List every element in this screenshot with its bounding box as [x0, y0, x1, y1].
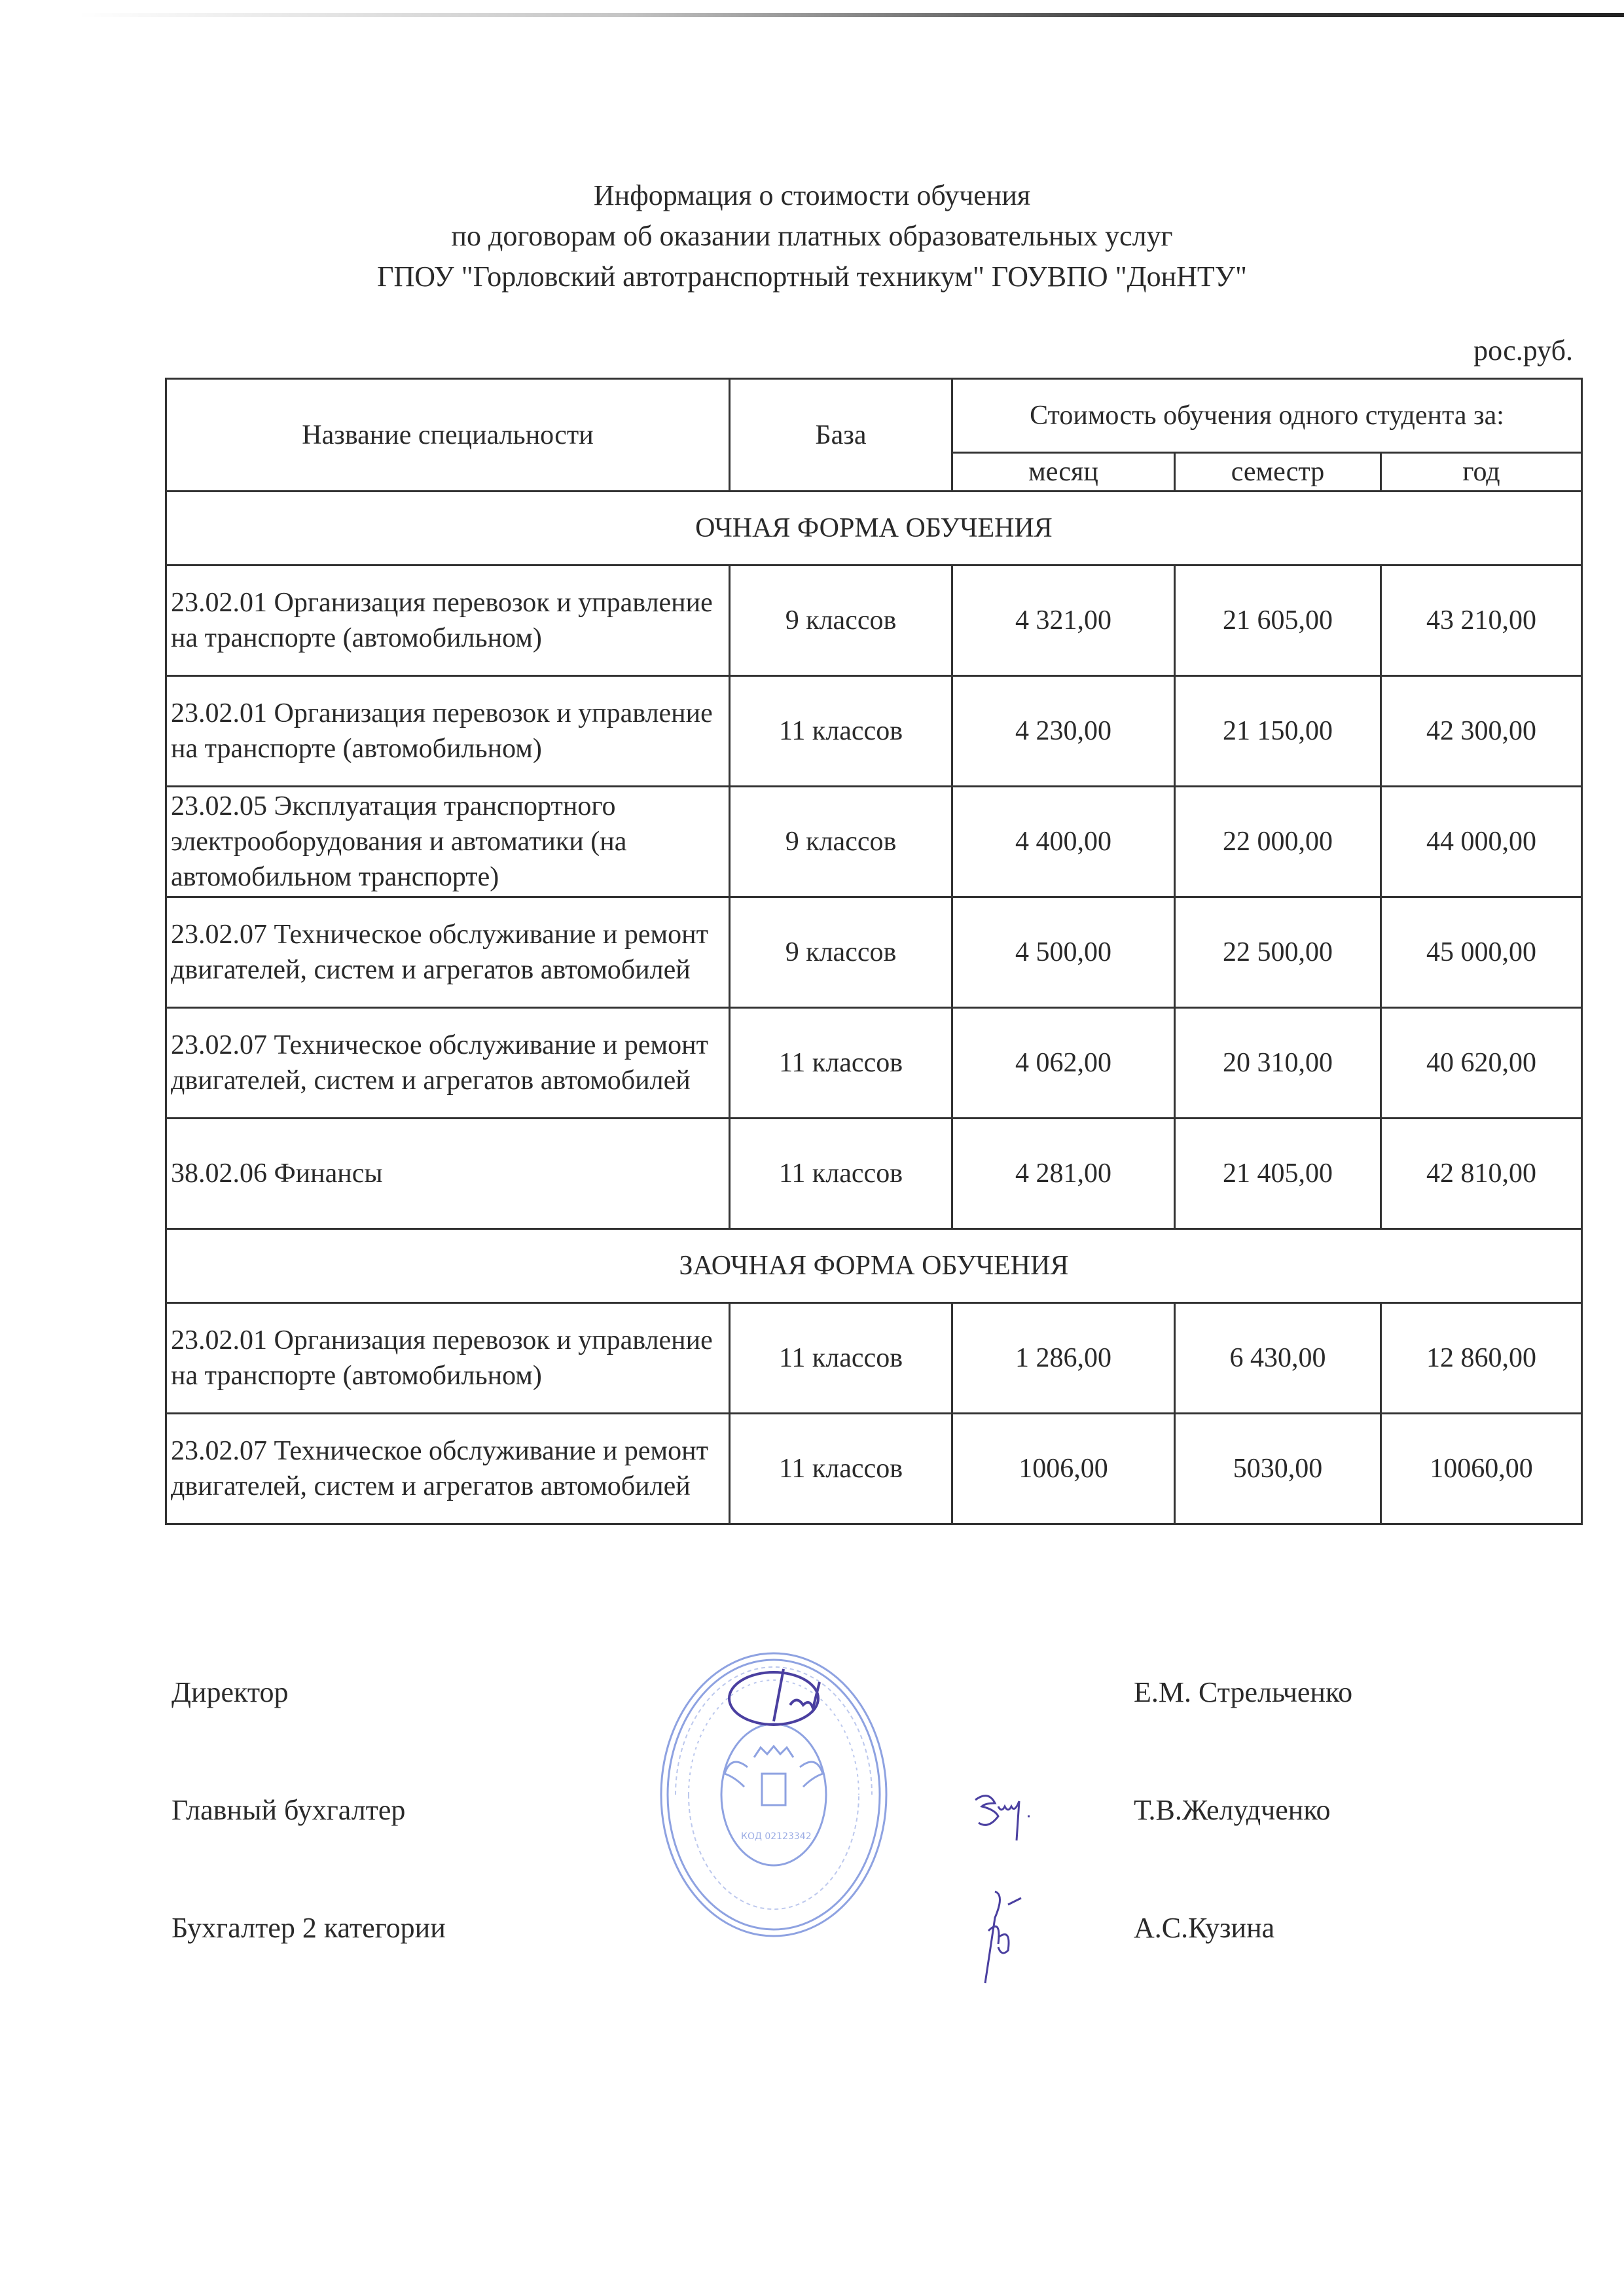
month-cost-cell: 4 062,00: [952, 1008, 1175, 1119]
specialty-name-cell: 23.02.07 Техническое обслуживание и ремо…: [166, 1414, 730, 1524]
header-month: месяц: [952, 453, 1175, 492]
table-row: 23.02.01 Организация перевозок и управле…: [166, 676, 1582, 787]
base-cell: 9 классов: [730, 787, 952, 897]
header-name: Название специальности: [166, 379, 730, 492]
semester-cost-cell: 21 150,00: [1175, 676, 1381, 787]
tuition-price-table: Название специальности База Стоимость об…: [165, 378, 1583, 1525]
base-cell: 9 классов: [730, 565, 952, 676]
signature-row: ДиректорЕ.М. Стрельченко: [171, 1676, 1468, 1793]
base-cell: 9 классов: [730, 897, 952, 1008]
header-semester: семестр: [1175, 453, 1381, 492]
scan-edge-artifact: [79, 13, 1624, 17]
signatory-role: Директор: [171, 1676, 289, 1709]
month-cost-cell: 4 500,00: [952, 897, 1175, 1008]
year-cost-cell: 12 860,00: [1381, 1303, 1582, 1414]
section-title: ЗАОЧНАЯ ФОРМА ОБУЧЕНИЯ: [166, 1229, 1582, 1303]
specialty-name-cell: 23.02.07 Техническое обслуживание и ремо…: [166, 1008, 730, 1119]
base-cell: 11 классов: [730, 1414, 952, 1524]
base-cell: 11 классов: [730, 1119, 952, 1229]
specialty-name-cell: 23.02.01 Организация перевозок и управле…: [166, 1303, 730, 1414]
title-line-3: ГПОУ "Горловский автотранспортный техник…: [0, 257, 1624, 297]
currency-note: рос.руб.: [1473, 334, 1573, 367]
table-row: 23.02.01 Организация перевозок и управле…: [166, 1303, 1582, 1414]
signatory-name: Е.М. Стрельченко: [1134, 1676, 1352, 1709]
signatory-role: Бухгалтер 2 категории: [171, 1911, 446, 1945]
year-cost-cell: 10060,00: [1381, 1414, 1582, 1524]
base-cell: 11 классов: [730, 1303, 952, 1414]
table-row: 23.02.05 Эксплуатация транспортного элек…: [166, 787, 1582, 897]
year-cost-cell: 40 620,00: [1381, 1008, 1582, 1119]
table-row: 23.02.07 Техническое обслуживание и ремо…: [166, 1008, 1582, 1119]
title-line-2: по договорам об оказании платных образов…: [0, 216, 1624, 257]
semester-cost-cell: 22 500,00: [1175, 897, 1381, 1008]
month-cost-cell: 4 281,00: [952, 1119, 1175, 1229]
year-cost-cell: 42 810,00: [1381, 1119, 1582, 1229]
month-cost-cell: 4 400,00: [952, 787, 1175, 897]
base-cell: 11 классов: [730, 676, 952, 787]
table-row: 23.02.07 Техническое обслуживание и ремо…: [166, 897, 1582, 1008]
table-row: 23.02.01 Организация перевозок и управле…: [166, 565, 1582, 676]
year-cost-cell: 44 000,00: [1381, 787, 1582, 897]
month-cost-cell: 1006,00: [952, 1414, 1175, 1524]
section-title: ОЧНАЯ ФОРМА ОБУЧЕНИЯ: [166, 492, 1582, 565]
semester-cost-cell: 20 310,00: [1175, 1008, 1381, 1119]
signature-row: Бухгалтер 2 категорииА.С.Кузина: [171, 1911, 1468, 2029]
signatory-name: А.С.Кузина: [1134, 1911, 1274, 1945]
signatory-role: Главный бухгалтер: [171, 1793, 405, 1827]
signatory-name: Т.В.Желудченко: [1134, 1793, 1330, 1827]
year-cost-cell: 42 300,00: [1381, 676, 1582, 787]
specialty-name-cell: 23.02.05 Эксплуатация транспортного элек…: [166, 787, 730, 897]
month-cost-cell: 1 286,00: [952, 1303, 1175, 1414]
semester-cost-cell: 22 000,00: [1175, 787, 1381, 897]
month-cost-cell: 4 321,00: [952, 565, 1175, 676]
specialty-name-cell: 38.02.06 Финансы: [166, 1119, 730, 1229]
month-cost-cell: 4 230,00: [952, 676, 1175, 787]
specialty-name-cell: 23.02.07 Техническое обслуживание и ремо…: [166, 897, 730, 1008]
semester-cost-cell: 6 430,00: [1175, 1303, 1381, 1414]
section-row: ОЧНАЯ ФОРМА ОБУЧЕНИЯ: [166, 492, 1582, 565]
year-cost-cell: 43 210,00: [1381, 565, 1582, 676]
table-row: 23.02.07 Техническое обслуживание и ремо…: [166, 1414, 1582, 1524]
header-year: год: [1381, 453, 1582, 492]
semester-cost-cell: 5030,00: [1175, 1414, 1381, 1524]
semester-cost-cell: 21 605,00: [1175, 565, 1381, 676]
specialty-name-cell: 23.02.01 Организация перевозок и управле…: [166, 565, 730, 676]
semester-cost-cell: 21 405,00: [1175, 1119, 1381, 1229]
signatures-block: ДиректорЕ.М. СтрельченкоГлавный бухгалте…: [171, 1676, 1468, 2029]
specialty-name-cell: 23.02.01 Организация перевозок и управле…: [166, 676, 730, 787]
header-base: База: [730, 379, 952, 492]
section-row: ЗАОЧНАЯ ФОРМА ОБУЧЕНИЯ: [166, 1229, 1582, 1303]
document-title: Информация о стоимости обучения по догов…: [0, 175, 1624, 297]
title-line-1: Информация о стоимости обучения: [0, 175, 1624, 216]
table-row: 38.02.06 Финансы11 классов4 281,0021 405…: [166, 1119, 1582, 1229]
header-cost-group: Стоимость обучения одного студента за:: [952, 379, 1582, 453]
signature-row: Главный бухгалтерТ.В.Желудченко: [171, 1793, 1468, 1911]
year-cost-cell: 45 000,00: [1381, 897, 1582, 1008]
table-body: ОЧНАЯ ФОРМА ОБУЧЕНИЯ23.02.01 Организация…: [166, 492, 1582, 1524]
base-cell: 11 классов: [730, 1008, 952, 1119]
